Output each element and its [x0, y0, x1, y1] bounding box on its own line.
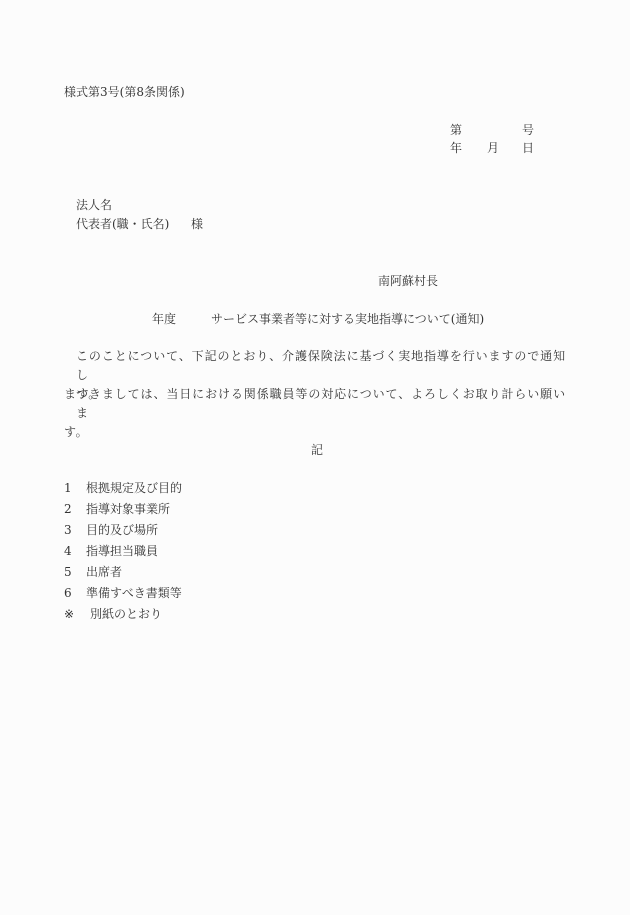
list-item: 4指導担当職員	[64, 542, 158, 560]
paragraph-2-line-2: す。	[64, 423, 566, 442]
list-item-number: 3	[64, 521, 86, 539]
document-number-suffix: 号	[522, 121, 534, 139]
list-item-label: 出席者	[86, 565, 122, 579]
list-item-label: 準備すべき書類等	[86, 586, 182, 600]
list-item-label: 指導対象事業所	[86, 502, 170, 516]
list-item-label: 指導担当職員	[86, 544, 158, 558]
list-item: 3目的及び場所	[64, 521, 158, 539]
date-day: 日	[522, 139, 534, 157]
sender-name: 南阿蘇村長	[378, 272, 438, 290]
note-item: ※別紙のとおり	[64, 605, 162, 623]
list-item-label: 目的及び場所	[86, 523, 158, 537]
list-item: 5出席者	[64, 563, 122, 581]
representative-label: 代表者(職・氏名)	[76, 217, 169, 231]
list-item-number: 6	[64, 584, 86, 602]
document-number-prefix: 第	[450, 121, 462, 139]
list-item-number: 1	[64, 479, 86, 497]
date-year: 年	[450, 139, 462, 157]
recipient-corporation: 法人名	[76, 196, 112, 214]
reference-mark-icon: ※	[64, 605, 90, 623]
list-item: 2指導対象事業所	[64, 500, 170, 518]
body-paragraph-2: つきましては、当日における関係職員等の対応について、よろしくお取り計らい願いま …	[64, 385, 566, 442]
paragraph-2-line-1: つきましては、当日における関係職員等の対応について、よろしくお取り計らい願いま	[64, 385, 566, 423]
paragraph-1-line-1: このことについて、下記のとおり、介護保険法に基づく実地指導を行いますので通知し	[64, 347, 566, 385]
subject-title: サービス事業者等に対する実地指導について(通知)	[211, 310, 484, 328]
recipient-representative: 代表者(職・氏名) 様	[76, 215, 203, 233]
honorific: 様	[191, 217, 203, 231]
ki-heading: 記	[311, 441, 323, 459]
form-title: 様式第3号(第8条関係)	[64, 83, 185, 101]
list-item-number: 2	[64, 500, 86, 518]
note-text: 別紙のとおり	[90, 607, 162, 621]
list-item-number: 5	[64, 563, 86, 581]
list-item: 6準備すべき書類等	[64, 584, 182, 602]
list-item: 1根拠規定及び目的	[64, 479, 182, 497]
list-item-number: 4	[64, 542, 86, 560]
list-item-label: 根拠規定及び目的	[86, 481, 182, 495]
date-month: 月	[487, 139, 499, 157]
subject-fiscal-year: 年度	[152, 310, 176, 328]
